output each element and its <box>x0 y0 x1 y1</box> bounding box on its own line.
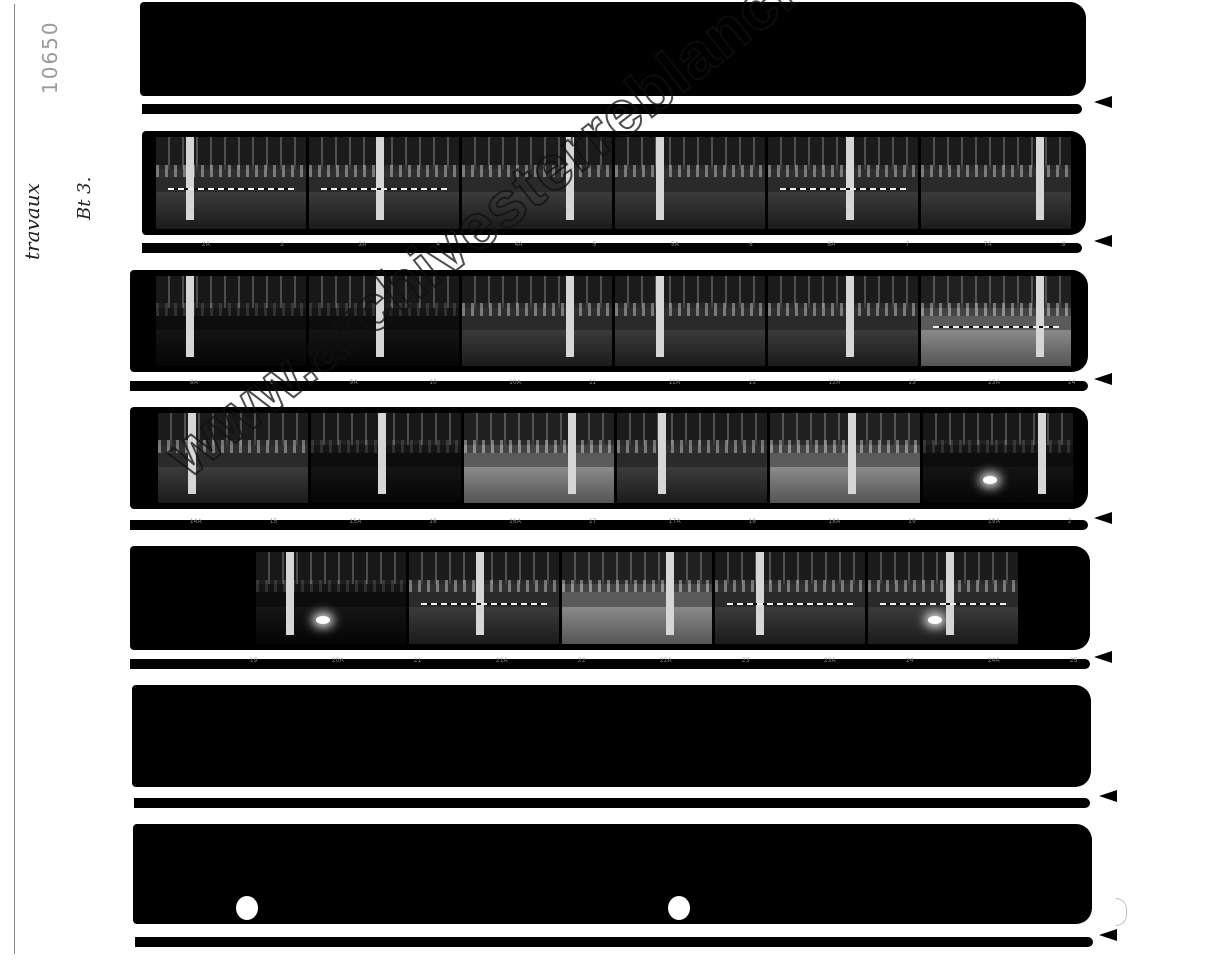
frame-lights <box>770 440 920 453</box>
frame-floor <box>921 192 1071 229</box>
frame-number-label: 2A <box>202 242 210 248</box>
film-strip <box>130 546 1090 650</box>
frame-number-label: 23 <box>742 658 750 664</box>
photo-frame[interactable] <box>158 413 308 503</box>
frame-pillar <box>666 552 674 635</box>
photo-frame[interactable] <box>464 413 614 503</box>
frame-number-label: 10 <box>429 380 437 386</box>
frame-lights <box>156 165 306 178</box>
sheet-edge <box>14 4 15 954</box>
frame-number-label: 14A <box>190 519 202 525</box>
frame-floor <box>309 192 459 229</box>
frame-number-label: 8A <box>190 380 198 386</box>
frame-lights <box>309 165 459 178</box>
frame-floor <box>617 467 767 503</box>
frame-pillar <box>756 552 764 635</box>
frame-pillar <box>656 137 664 220</box>
frame-number-label: 6 <box>749 242 753 248</box>
frame-number-label: 22A <box>660 658 672 664</box>
frame-barrier-tape <box>321 188 447 190</box>
frame-pillar <box>1038 413 1046 494</box>
frame-number-label: 19 <box>250 658 258 664</box>
frame-floor <box>768 330 918 366</box>
frame-lights <box>256 580 406 593</box>
frame-barrier-tape <box>168 188 294 190</box>
frame-pillar <box>566 276 574 357</box>
triangle-left-icon <box>1094 373 1112 385</box>
film-strip <box>132 685 1091 787</box>
photo-frame[interactable] <box>868 552 1018 644</box>
triangle-left-icon <box>1094 651 1112 663</box>
photo-frame[interactable] <box>768 137 918 229</box>
frame-lamp <box>983 476 997 484</box>
frame-lights <box>409 580 559 593</box>
film-edge-bar <box>142 104 1082 114</box>
frame-pillar <box>286 552 294 635</box>
triangle-left-icon <box>1094 512 1112 524</box>
frame-pillar <box>566 137 574 220</box>
frame-number-label: 11 <box>589 380 596 386</box>
frame-floor <box>768 192 918 229</box>
frame-floor <box>311 467 461 503</box>
frame-lights <box>462 303 612 316</box>
archive-number-stamp: 10650 <box>38 14 78 94</box>
frame-number-label: 5A <box>671 242 679 248</box>
frame-number-label: 25 <box>1070 658 1078 664</box>
frame-lights <box>464 440 614 453</box>
frame-number-label: 15 <box>270 519 278 525</box>
frame-floor <box>156 330 306 366</box>
frame-floor <box>921 330 1071 366</box>
frame-pillar <box>186 137 194 220</box>
photo-frame[interactable] <box>615 276 765 366</box>
photo-frame[interactable] <box>309 276 459 366</box>
frame-number-label: 16A <box>509 519 521 525</box>
triangle-left-icon <box>1099 790 1117 802</box>
frame-lights <box>768 165 918 178</box>
film-edge-bar: 14A1515A1616A1717A1818A1919A2 <box>130 520 1088 530</box>
film-strip <box>130 407 1088 509</box>
frame-number-label: 24 <box>906 658 914 664</box>
photo-frame[interactable] <box>921 137 1071 229</box>
photo-frame[interactable] <box>256 552 406 644</box>
frame-lights <box>311 440 461 453</box>
frame-number-label: 7 <box>906 242 910 248</box>
photo-frame[interactable] <box>768 276 918 366</box>
triangle-left-icon <box>1094 96 1112 108</box>
frame-number-label: 13 <box>908 380 916 386</box>
frame-lights <box>715 580 865 593</box>
frame-barrier-tape <box>421 603 547 605</box>
film-strip <box>130 270 1088 372</box>
frame-lights <box>921 165 1071 178</box>
frame-pillar <box>656 276 664 357</box>
frame-number-label: 5 <box>593 242 597 248</box>
triangle-left-icon <box>1094 235 1112 247</box>
frame-pillar <box>846 137 854 220</box>
frame-pillar <box>658 413 666 494</box>
frame-number-label: 23A <box>824 658 836 664</box>
frame-number-label: 18 <box>749 519 757 525</box>
punch-hole <box>668 896 690 920</box>
frame-pillar <box>568 413 576 494</box>
film-edge-bar: 2A33A44A55A66A77A8 <box>142 243 1082 253</box>
frame-pillar <box>846 276 854 357</box>
handwritten-note-line-1: travaux <box>20 150 44 260</box>
frame-number-label: 9 <box>270 380 274 386</box>
frame-floor <box>868 607 1018 644</box>
photo-frame[interactable] <box>562 552 712 644</box>
frame-pillar <box>848 413 856 494</box>
frame-number-label: 13A <box>988 380 1000 386</box>
frame-pillar <box>476 552 484 635</box>
photo-frame[interactable] <box>309 137 459 229</box>
photo-frame[interactable] <box>770 413 920 503</box>
frame-floor <box>770 467 920 503</box>
frame-floor <box>615 330 765 366</box>
frame-pillar <box>376 137 384 220</box>
frame-number-label: 16 <box>429 519 437 525</box>
triangle-left-icon <box>1099 929 1117 941</box>
frame-lights <box>921 303 1071 316</box>
frame-floor <box>156 192 306 229</box>
frame-number-label: 24A <box>988 658 1000 664</box>
film-strip <box>140 2 1086 96</box>
frame-number-label: 14 <box>1068 380 1076 386</box>
film-edge-bar <box>134 798 1090 808</box>
frame-number-label: 15A <box>350 519 362 525</box>
frame-pillar <box>186 276 194 357</box>
frame-lights <box>562 580 712 593</box>
photo-frame[interactable] <box>462 137 612 229</box>
frame-lights <box>768 303 918 316</box>
punch-hole <box>236 896 258 920</box>
frame-number-label: 8 <box>1062 242 1066 248</box>
frame-lights <box>158 440 308 453</box>
frame-lights <box>923 440 1073 453</box>
photo-frame[interactable] <box>409 552 559 644</box>
frame-number-label: 11A <box>669 380 681 386</box>
frame-number-label: 19 <box>908 519 916 525</box>
frame-number-label: 9A <box>350 380 358 386</box>
frame-barrier-tape <box>727 603 853 605</box>
photo-frame[interactable] <box>156 276 306 366</box>
photo-frame[interactable] <box>462 276 612 366</box>
frame-number-label: 19A <box>988 519 1000 525</box>
photo-frame[interactable] <box>156 137 306 229</box>
frame-number-label: 22 <box>578 658 586 664</box>
frame-floor <box>562 607 712 644</box>
frame-barrier-tape <box>880 603 1006 605</box>
frame-floor <box>462 330 612 366</box>
frame-floor <box>923 467 1073 503</box>
photo-frame[interactable] <box>615 137 765 229</box>
frame-number-label: 7A <box>984 242 992 248</box>
frame-lights <box>615 303 765 316</box>
frame-floor <box>309 330 459 366</box>
frame-pillar <box>188 413 196 494</box>
frame-lights <box>617 440 767 453</box>
frame-pillar <box>1036 137 1044 220</box>
frame-lights <box>309 303 459 316</box>
frame-pillar <box>376 276 384 357</box>
frame-floor <box>715 607 865 644</box>
frame-pillar <box>946 552 954 635</box>
film-strip <box>133 824 1092 924</box>
frame-number-label: 6A <box>827 242 835 248</box>
frame-lights <box>868 580 1018 593</box>
frame-number-label: 10A <box>509 380 521 386</box>
frame-floor <box>158 467 308 503</box>
photo-frame[interactable] <box>311 413 461 503</box>
frame-number-label: 21 <box>414 658 422 664</box>
frame-number-label: 17 <box>589 519 597 525</box>
frame-lights <box>156 303 306 316</box>
frame-floor <box>615 192 765 229</box>
photo-frame[interactable] <box>617 413 767 503</box>
frame-lights <box>615 165 765 178</box>
frame-number-label: 2 <box>1068 519 1072 525</box>
frame-number-label: 20A <box>332 658 344 664</box>
frame-barrier-tape <box>780 188 906 190</box>
frame-number-label: 12A <box>829 380 841 386</box>
frame-pillar <box>378 413 386 494</box>
photo-frame[interactable] <box>921 276 1071 366</box>
film-edge-bar <box>135 937 1093 947</box>
frame-number-label: 17A <box>669 519 681 525</box>
frame-floor <box>409 607 559 644</box>
frame-floor <box>464 467 614 503</box>
frame-number-label: 3A <box>358 242 366 248</box>
film-edge-bar: 8A99A1010A1111A1212A1313A14 <box>130 381 1088 391</box>
film-edge-bar: 1920A2121A2222A2323A2424A25 <box>130 659 1090 669</box>
frame-barrier-tape <box>933 326 1059 328</box>
frame-number-label: 4 <box>437 242 441 248</box>
frame-floor <box>256 607 406 644</box>
margin-bracket-mark <box>1116 898 1127 926</box>
frame-number-label: 21A <box>496 658 508 664</box>
photo-frame[interactable] <box>923 413 1073 503</box>
frame-floor <box>462 192 612 229</box>
handwritten-note-line-2: Bt 3. <box>74 150 95 220</box>
frame-number-label: 4A <box>515 242 523 248</box>
frame-number-label: 12 <box>749 380 757 386</box>
frame-lights <box>462 165 612 178</box>
frame-pillar <box>1036 276 1044 357</box>
photo-frame[interactable] <box>715 552 865 644</box>
film-strip <box>142 131 1086 235</box>
frame-number-label: 18A <box>829 519 841 525</box>
frame-number-label: 3 <box>280 242 284 248</box>
